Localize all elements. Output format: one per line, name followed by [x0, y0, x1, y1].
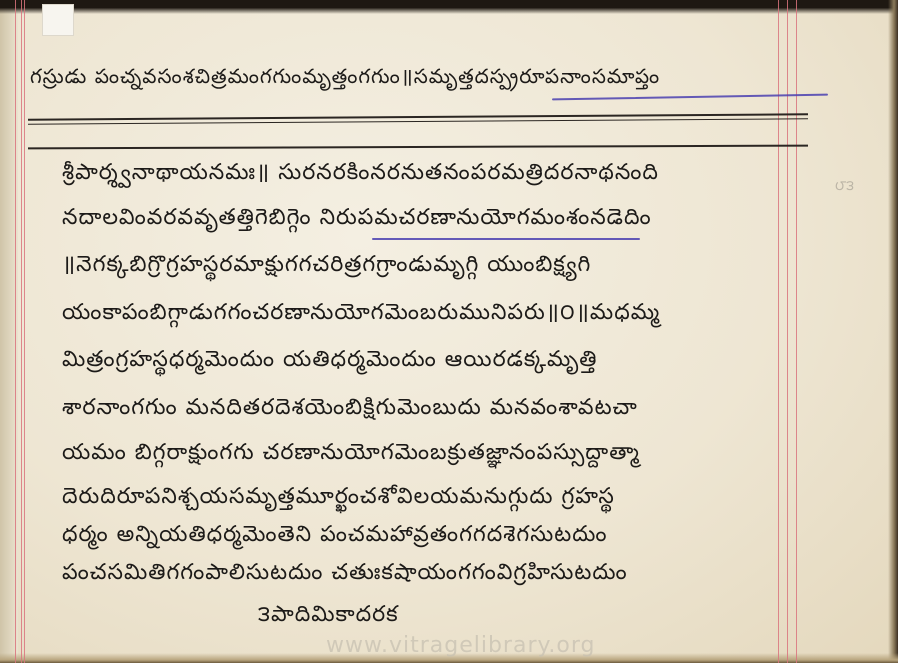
left-margin-line	[15, 0, 16, 663]
left-margin-line	[24, 0, 25, 663]
left-margin-line	[21, 0, 22, 663]
text-line: ॥నెగక్కబిగ్రొగ్రహస్థరమాక్షుగగచరిత్రగగ్రా…	[62, 252, 591, 282]
margin-page-mark: ౮౩	[835, 178, 854, 197]
text-line: ధర్మం అన్నియతిధర్మమెంతెని పంచమహావ్రతంగగద…	[62, 522, 608, 552]
heading-line: గస్రుడు పంచ్నవసంశచిత్రమంగగుంమృత్తంగగుం॥స…	[30, 64, 660, 93]
text-line: శ్రీపార్శ్వనాథాయనమః॥ సురనరకింనరనుతనంపరమత…	[62, 160, 659, 190]
scan-right-edge	[888, 0, 898, 663]
text-line: నదాలవింవరవవృతత్తిగెబిగ్గెం నిరుపమచరణానుయ…	[62, 205, 652, 235]
text-line: దెరుదిరూపనిశ్చయసమృత్తమూర్ఖంచశోవిలయమనుగ్గ…	[62, 484, 615, 514]
watermark: www.vitragelibrary.org	[326, 633, 595, 658]
scan-top-edge	[0, 0, 898, 14]
text-line: పంచసమితిగగంపాలిసుటదుం చతుఃకషాయంగగంవిగ్రహ…	[62, 560, 628, 590]
footer-line: ౩పాదిమికాదరక	[258, 602, 399, 632]
text-line: శారనాంగగుం మనదితరదెశయెంబిక్షిగుమెంబుదు మ…	[62, 395, 638, 425]
right-margin-line	[778, 0, 779, 663]
text-line: యమం బిగ్గరాక్షుంగగు చరణానుయోగమెంబక్రుతజ్…	[62, 440, 640, 470]
text-line: యంకాపంబిగ్గాడుగగంచరణానుయోగమెంబరుమునిపరు॥…	[62, 300, 660, 330]
right-margin-line	[787, 0, 788, 663]
text-line: మిత్రంగ్రహస్థధర్మమెందుం యతిధర్మమెందుం ఆయ…	[62, 347, 597, 377]
right-margin-line	[796, 0, 797, 663]
blue-underline	[372, 238, 640, 240]
paper-tab	[42, 4, 74, 36]
